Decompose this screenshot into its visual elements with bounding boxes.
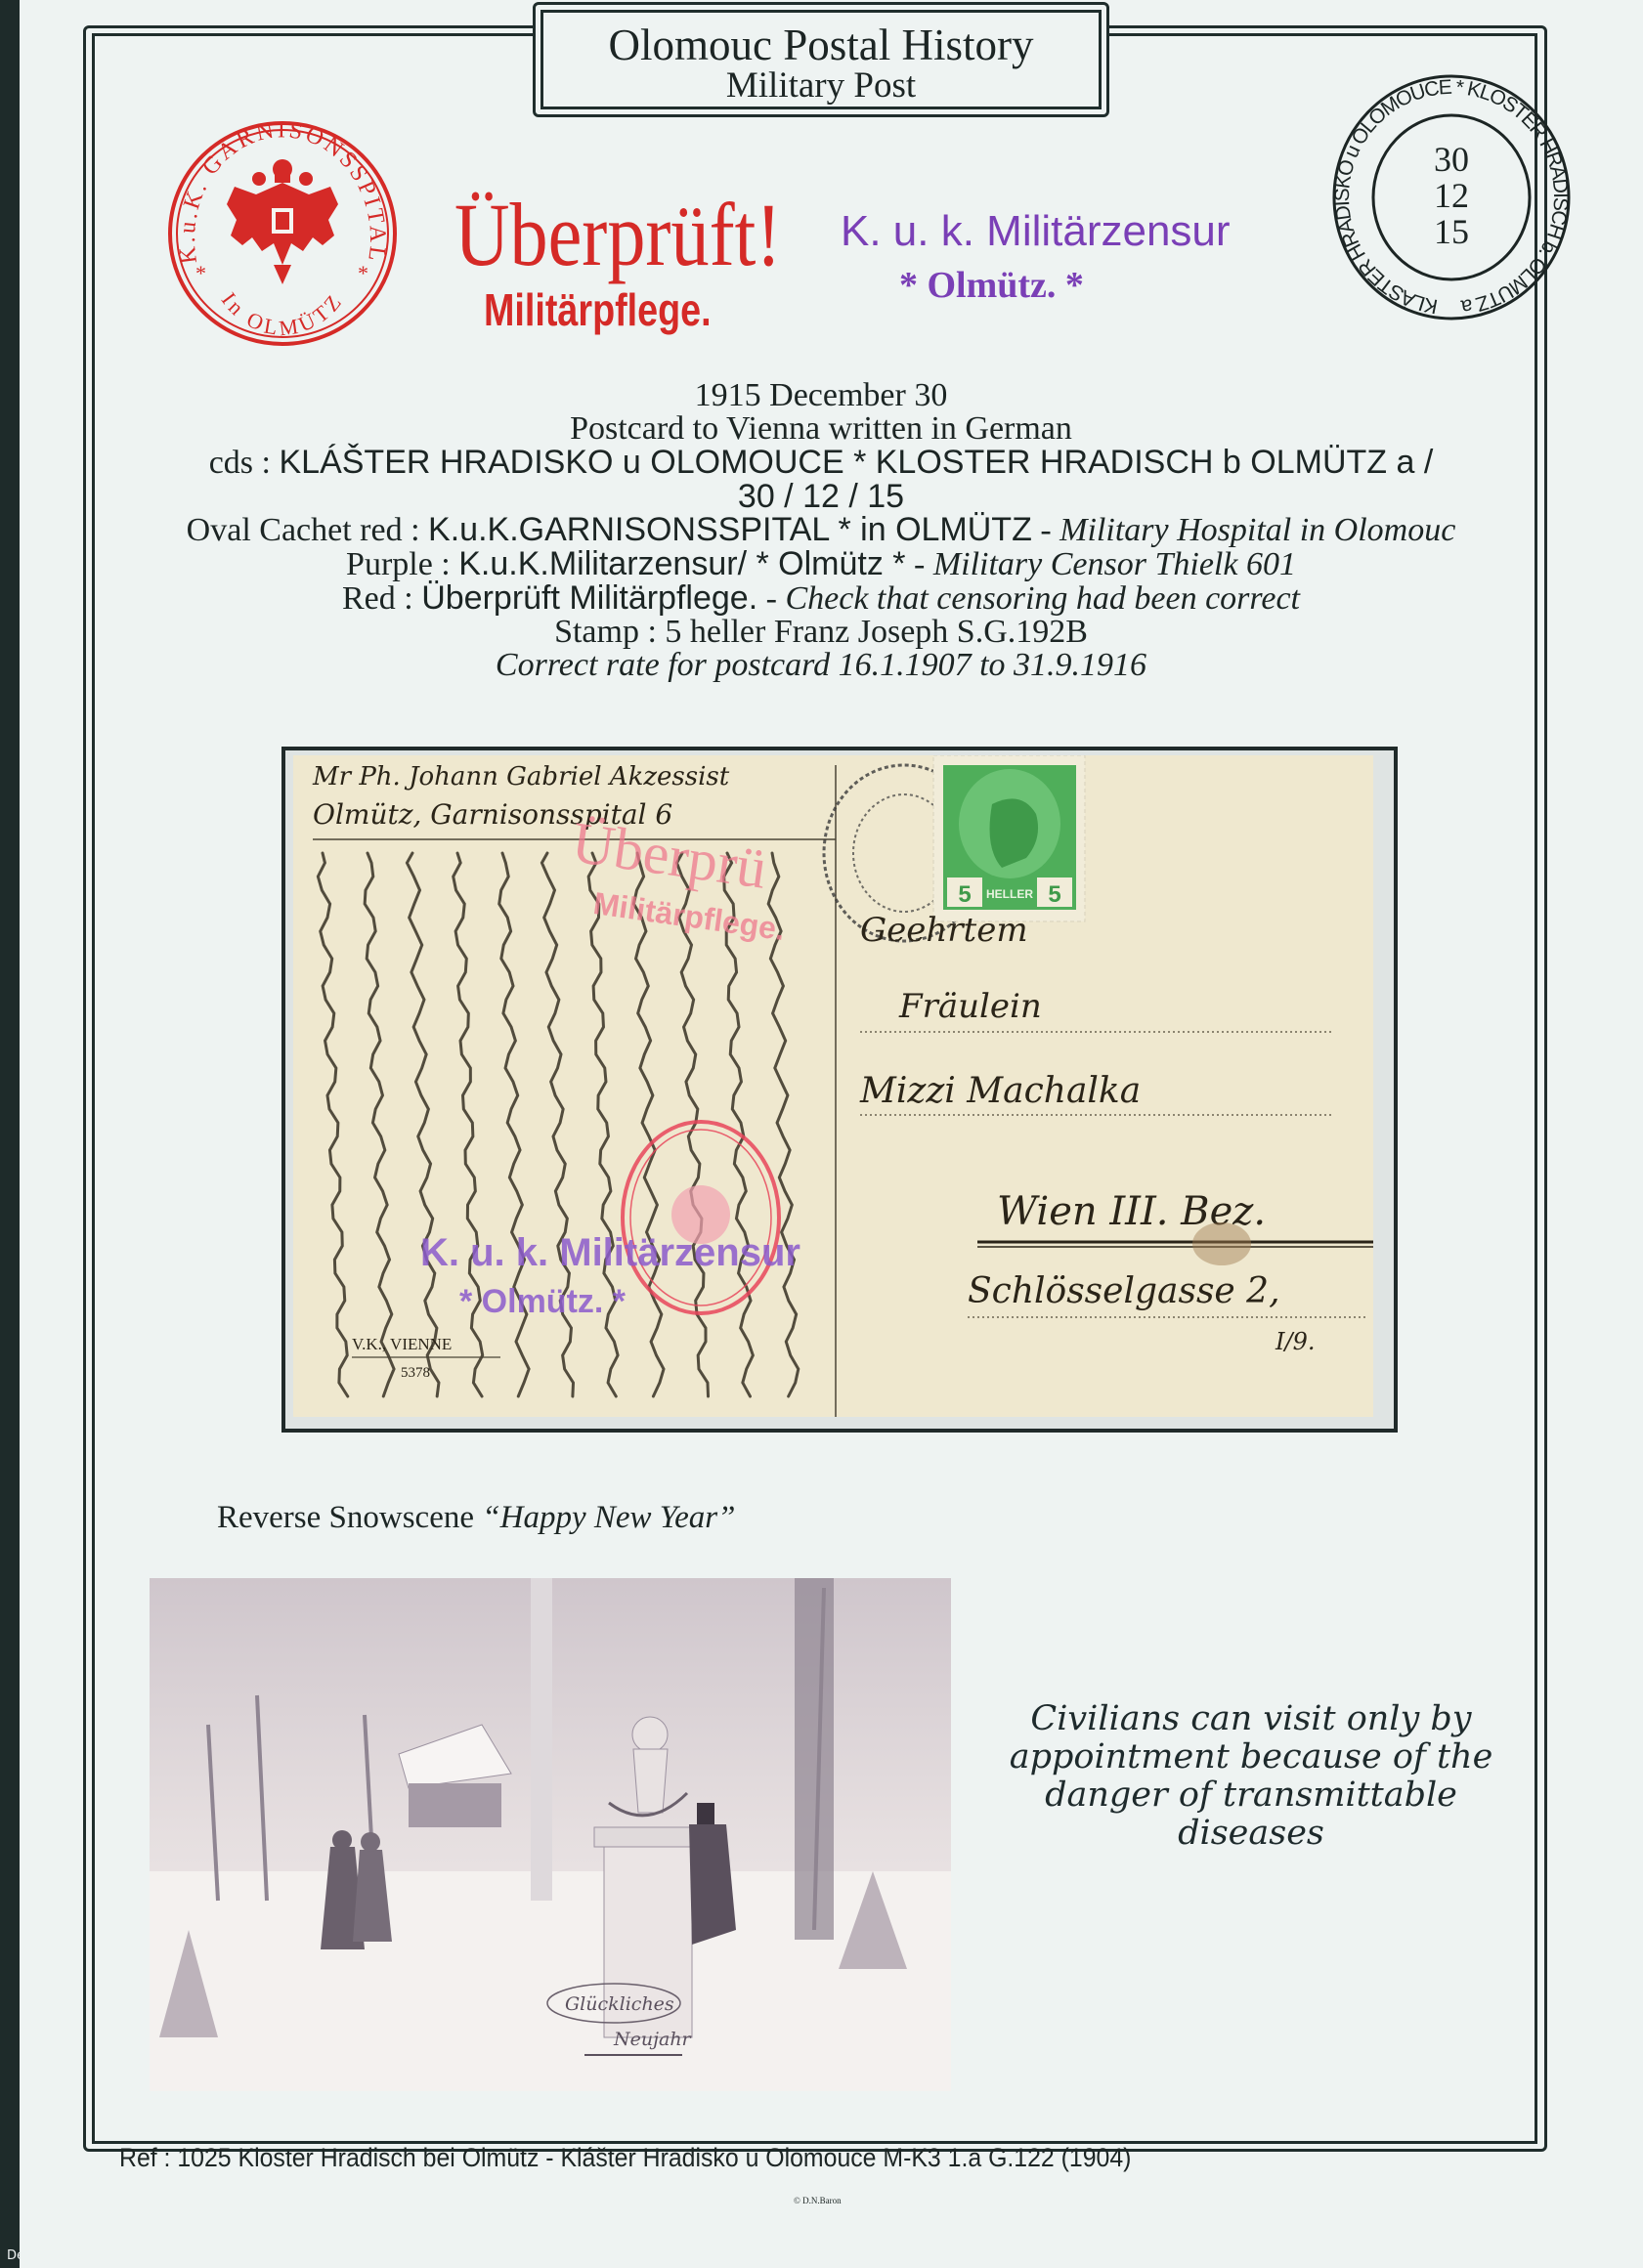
svg-text:*: * bbox=[195, 261, 206, 285]
reverse-caption: Reverse Snowscene “Happy New Year” bbox=[217, 1500, 735, 1536]
watermark: Derek Baron bbox=[7, 2248, 86, 2263]
title-box: Olomouc Postal History Military Post bbox=[533, 2, 1109, 117]
page-title: Olomouc Postal History bbox=[543, 22, 1099, 67]
hospital-oval-cachet: K.u.K. GARNISONSSPITAL In OLMÜTZ * * bbox=[166, 118, 399, 349]
desc-oval: Oval Cachet red : K.u.K.GARNISONSSPITAL … bbox=[98, 513, 1544, 547]
postcard-front: Mr Ph. Johann Gabriel Akzessist Olmütz, … bbox=[293, 755, 1373, 1417]
copyright: © D.N.Baron bbox=[794, 2196, 842, 2205]
svg-text:5378: 5378 bbox=[401, 1365, 430, 1381]
snowscene-reverse-image: Glückliches Neujahr bbox=[150, 1578, 951, 2091]
double-eagle-icon bbox=[227, 159, 338, 284]
svg-text:Glückliches: Glückliches bbox=[565, 1993, 674, 2015]
svg-text:*: * bbox=[358, 261, 368, 285]
desc-type: Postcard to Vienna written in German bbox=[98, 412, 1544, 446]
postcard-artwork: Mr Ph. Johann Gabriel Akzessist Olmütz, … bbox=[293, 755, 1373, 1417]
svg-text:Schlösselgasse 2,: Schlösselgasse 2, bbox=[968, 1271, 1280, 1311]
desc-stamp: Stamp : 5 heller Franz Joseph S.G.192B bbox=[98, 616, 1544, 649]
description-block: 1915 December 30 Postcard to Vienna writ… bbox=[98, 379, 1544, 682]
desc-cds-date: 30 / 12 / 15 bbox=[98, 480, 1544, 513]
page-subtitle: Military Post bbox=[543, 67, 1099, 105]
svg-text:V.K., VIENNE: V.K., VIENNE bbox=[352, 1335, 452, 1353]
censor-cachet-line2: * Olmütz. * bbox=[899, 264, 1084, 307]
cds-postmark: KLÁŠTER HRADISKO u OLOMOUCE * KLOSTER HR… bbox=[1329, 70, 1574, 326]
svg-text:HELLER: HELLER bbox=[986, 887, 1033, 901]
svg-text:K. u. k. Militärzensur: K. u. k. Militärzensur bbox=[420, 1231, 800, 1274]
svg-text:5: 5 bbox=[958, 881, 971, 908]
uberpruft-cachet-large: Überprüft! bbox=[454, 191, 781, 278]
svg-text:Geehrtem: Geehrtem bbox=[860, 911, 1028, 950]
svg-text:15: 15 bbox=[1434, 212, 1469, 251]
desc-cds: cds : KLÁŠTER HRADISKO u OLOMOUCE * KLOS… bbox=[98, 446, 1544, 480]
militarpflege-cachet-large: Militärpflege. bbox=[484, 283, 712, 336]
svg-text:30: 30 bbox=[1434, 140, 1469, 179]
desc-red: Red : Überprüft Militärpflege. - Check t… bbox=[98, 581, 1544, 616]
svg-text:* Olmütz. *: * Olmütz. * bbox=[459, 1283, 627, 1320]
desc-rate: Correct rate for postcard 16.1.1907 to 3… bbox=[98, 649, 1544, 682]
svg-text:5: 5 bbox=[1048, 881, 1060, 908]
svg-text:Neujahr: Neujahr bbox=[613, 2029, 693, 2050]
civilians-note: Civilians can visit only by appointment … bbox=[987, 1700, 1515, 1853]
desc-purple: Purple : K.u.K.Militarzensur/ * Olmütz *… bbox=[98, 547, 1544, 581]
desc-date: 1915 December 30 bbox=[98, 379, 1544, 412]
censor-cachet-line1: K. u. k. Militärzensur bbox=[841, 207, 1231, 256]
svg-text:Mr Ph. Johann Gabriel Akzessis: Mr Ph. Johann Gabriel Akzessist bbox=[312, 762, 730, 792]
svg-text:Mizzi Machalka: Mizzi Machalka bbox=[859, 1071, 1141, 1111]
franz-joseph-stamp: 5 5 HELLER bbox=[933, 755, 1085, 921]
svg-text:I/9.: I/9. bbox=[1275, 1328, 1315, 1355]
svg-text:12: 12 bbox=[1434, 176, 1469, 215]
svg-text:Fräulein: Fräulein bbox=[898, 987, 1042, 1026]
album-spine-band bbox=[0, 0, 20, 2268]
reference-line: Ref : 1025 Kloster Hradisch bei Olmütz -… bbox=[119, 2143, 1131, 2173]
